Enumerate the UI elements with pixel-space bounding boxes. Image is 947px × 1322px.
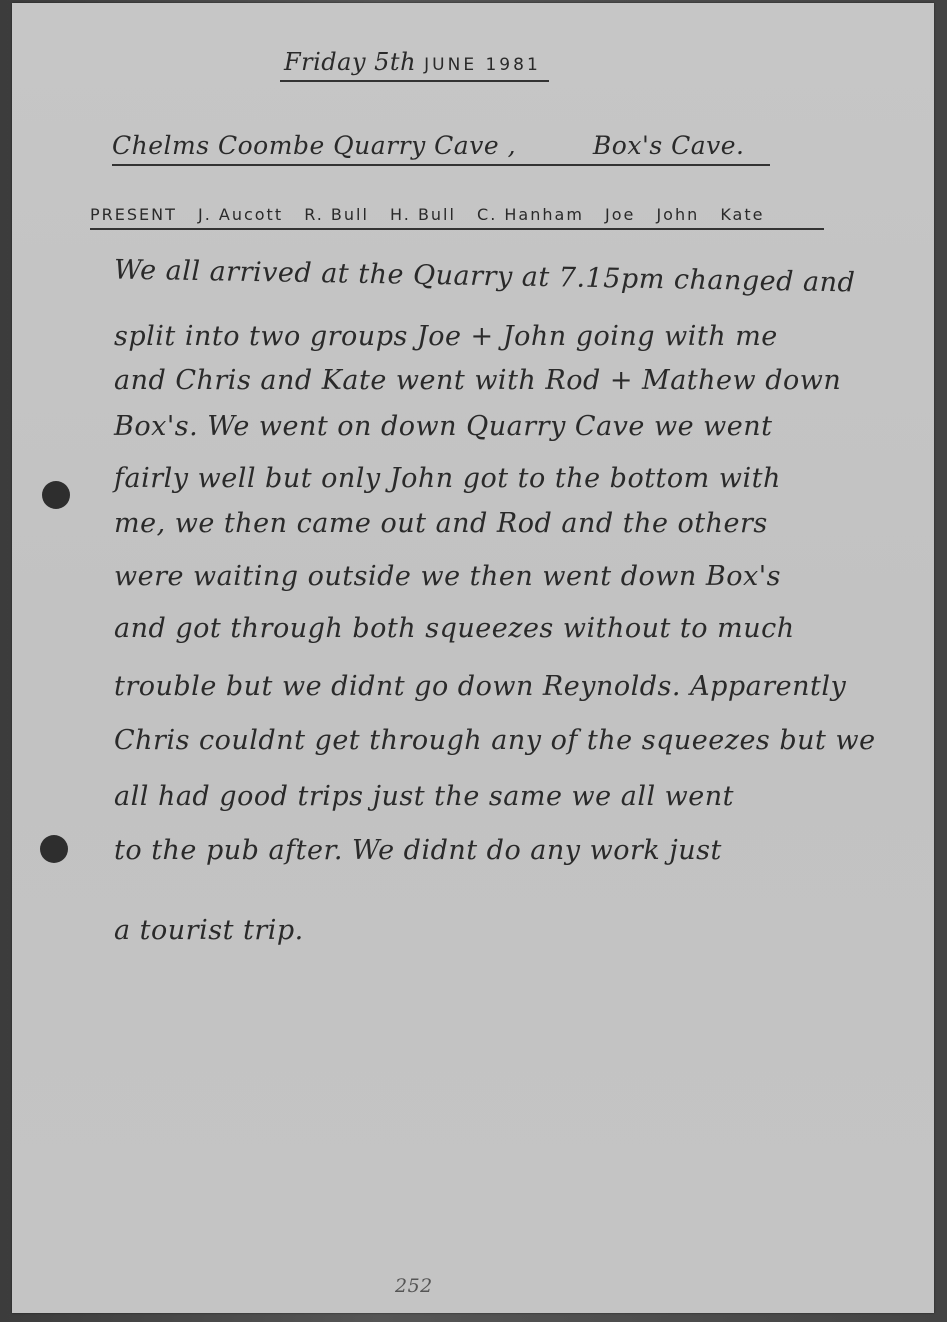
body-line: were waiting outside we then went down B… [114, 561, 781, 592]
punch-hole-top [42, 481, 70, 509]
page-number: 252 [395, 1275, 433, 1297]
body-line: fairly well but only John got to the bot… [114, 463, 781, 494]
logbook-page: Friday 5th JUNE 1981 Chelms Coombe Quarr… [12, 3, 934, 1313]
body-line: all had good trips just the same we all … [114, 781, 734, 812]
body-line: Chris couldnt get through any of the squ… [114, 725, 876, 756]
attendee: John [656, 205, 699, 224]
body-line: a tourist trip. [114, 915, 304, 946]
entry-day: Friday 5th [284, 48, 416, 76]
cave-name-1: Chelms Coombe Quarry Cave [112, 131, 499, 160]
body-line: trouble but we didnt go down Reynolds. A… [114, 671, 846, 702]
entry-date: JUNE 1981 [424, 55, 541, 75]
attendee: J. Aucott [198, 205, 283, 224]
cave-names-heading: Chelms Coombe Quarry Cave , Box's Cave. [112, 131, 770, 166]
punch-hole-bottom [40, 835, 68, 863]
body-line: to the pub after. We didnt do any work j… [114, 835, 722, 866]
body-line: me, we then came out and Rod and the oth… [114, 508, 768, 539]
body-line: and got through both squeezes without to… [114, 613, 795, 644]
attendee: C. Hanham [477, 205, 584, 224]
attendee: Joe [605, 205, 635, 224]
attendee: R. Bull [304, 205, 369, 224]
entry-date-heading: Friday 5th JUNE 1981 [280, 48, 549, 82]
body-line: split into two groups Joe + John going w… [114, 321, 778, 352]
attendee: H. Bull [390, 205, 456, 224]
attendees-line: PRESENT J. Aucott R. Bull H. Bull C. Han… [90, 205, 824, 230]
cave-name-2: Box's Cave. [593, 131, 745, 160]
attendee: Kate [720, 205, 764, 224]
body-line: Box's. We went on down Quarry Cave we we… [114, 411, 772, 442]
body-line: We all arrived at the Quarry at 7.15pm c… [114, 255, 856, 299]
body-line: and Chris and Kate went with Rod + Mathe… [114, 365, 841, 396]
present-label: PRESENT [90, 205, 177, 224]
